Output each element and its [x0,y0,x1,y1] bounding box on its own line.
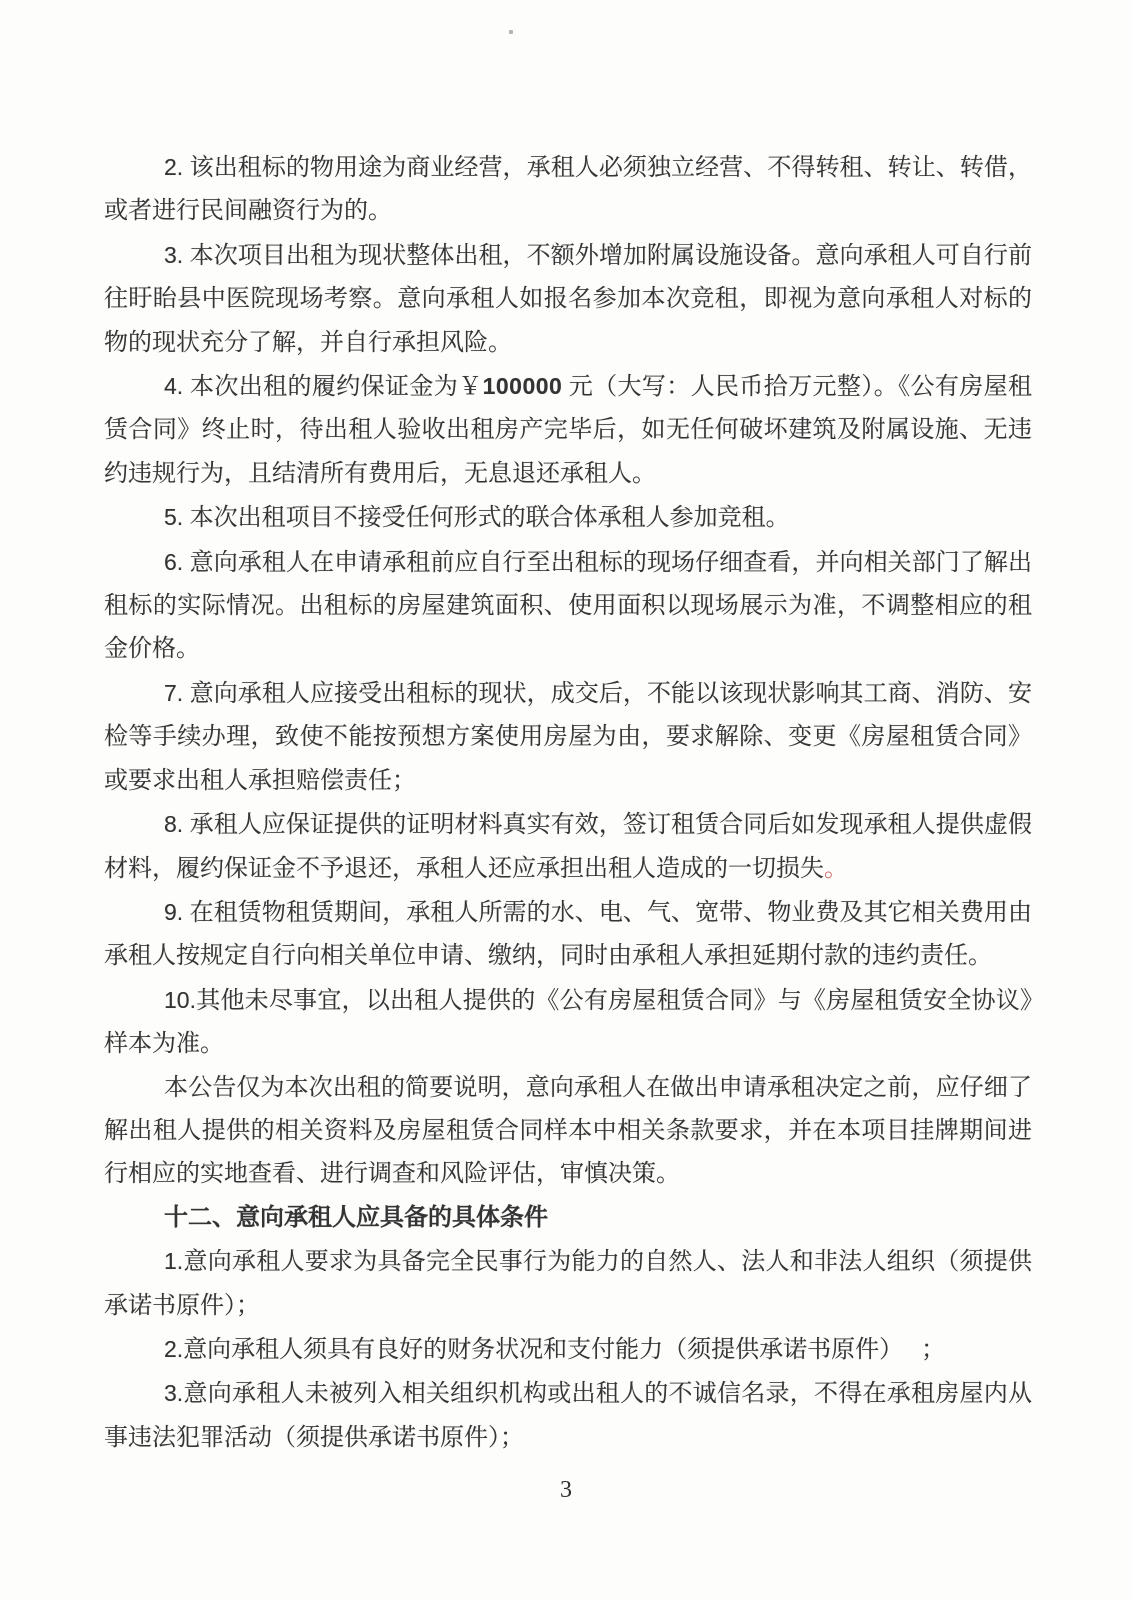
text-run: 5. [164,504,190,530]
text-run: 意向承租人须具有良好的财务状况和支付能力（须提供承诺书原件） ； [183,1337,945,1363]
scan-speck [509,30,513,34]
clause-6: 6. 意向承租人在申请承租前应自行至出租标的现场仔细查看，并向相关部门了解出租标… [104,541,1032,672]
text-run: 8. [164,811,190,837]
text-run: 10. [164,987,196,1013]
text-run: 承租人应保证提供的证明材料真实有效，签订租赁合同后如发现承租人提供虚假材料，履约… [104,812,1032,881]
clause-5: 5. 本次出租项目不接受任何形式的联合体承租人参加竞租。 [104,496,1032,540]
condition-2: 2.意向承租人须具有良好的财务状况和支付能力（须提供承诺书原件） ； [104,1328,1032,1372]
text-run: 本次出租项目不接受任何形式的联合体承租人参加竞租。 [190,505,790,531]
text-run: 4. [164,373,190,399]
text-run: 2. [164,154,190,180]
condition-3: 3.意向承租人未被列入相关组织机构或出租人的不诚信名录，不得在承租房屋内从事违法… [104,1372,1032,1460]
clause-8: 8. 承租人应保证提供的证明材料真实有效，签订租赁合同后如发现承租人提供虚假材料… [104,803,1032,891]
text-run: 本次项目出租为现状整体出租，不额外增加附属设施设备。意向承租人可自行前往盱眙县中… [104,243,1032,356]
text-run: 该出租标的物用途为商业经营，承租人必须独立经营、不得转租、转让、转借，或者进行民… [104,155,1032,224]
text-run: 2. [164,1336,183,1362]
text-run: 意向承租人要求为具备完全民事行为能力的自然人、法人和非法人组织（须提供承诺书原件… [104,1249,1032,1318]
red-period-mark: 。 [824,856,848,882]
text-run: 7. [164,680,190,706]
text-run: 3. [164,242,190,268]
text-run: 在租赁物租赁期间，承租人所需的水、电、气、宽带、物业费及其它相关费用由承租人按规… [104,900,1032,969]
text-run: 本公告仅为本次出租的简要说明，意向承租人在做出申请承租决定之前，应仔细了解出租人… [104,1075,1032,1188]
text-run: 其他未尽事宜，以出租人提供的《公有房屋租赁合同》与《房屋租赁安全协议》样本为准。 [104,988,1032,1057]
clause-7: 7. 意向承租人应接受出租标的现状，成交后，不能以该现状影响其工商、消防、安检等… [104,672,1032,803]
closing-note: 本公告仅为本次出租的简要说明，意向承租人在做出申请承租决定之前，应仔细了解出租人… [104,1067,1032,1197]
text-run: 十二、意向承租人应具备的具体条件 [164,1205,548,1231]
text-run: 100000 [483,373,563,399]
text-run: 意向承租人应接受出租标的现状，成交后，不能以该现状影响其工商、消防、安检等手续办… [104,681,1032,794]
text-run: 意向承租人在申请承租前应自行至出租标的现场仔细查看，并向相关部门了解出租标的实际… [104,550,1032,663]
text-run: 6. [164,549,190,575]
clause-4: 4. 本次出租的履约保证金为￥100000 元（大写：人民币拾万元整）。《公有房… [104,365,1032,496]
condition-1: 1.意向承租人要求为具备完全民事行为能力的自然人、法人和非法人组织（须提供承诺书… [104,1240,1032,1328]
text-run: 意向承租人未被列入相关组织机构或出租人的不诚信名录，不得在承租房屋内从事违法犯罪… [104,1381,1032,1450]
document-body: 2. 该出租标的物用途为商业经营，承租人必须独立经营、不得转租、转让、转借，或者… [104,146,1032,1460]
clause-3: 3. 本次项目出租为现状整体出租，不额外增加附属设施设备。意向承租人可自行前往盱… [104,234,1032,365]
section-12-heading: 十二、意向承租人应具备的具体条件 [104,1197,1032,1240]
clause-2: 2. 该出租标的物用途为商业经营，承租人必须独立经营、不得转租、转让、转借，或者… [104,146,1032,234]
document-page: 2. 该出租标的物用途为商业经营，承租人必须独立经营、不得转租、转让、转借，或者… [0,0,1132,1600]
clause-10: 10.其他未尽事宜，以出租人提供的《公有房屋租赁合同》与《房屋租赁安全协议》样本… [104,979,1032,1067]
clause-9: 9. 在租赁物租赁期间，承租人所需的水、电、气、宽带、物业费及其它相关费用由承租… [104,891,1032,979]
page-number: 3 [0,1477,1132,1504]
text-run: 1. [164,1248,183,1274]
text-run: 3. [164,1380,183,1406]
text-run: 本次出租的履约保证金为￥ [190,374,483,400]
text-run: 9. [164,899,190,925]
